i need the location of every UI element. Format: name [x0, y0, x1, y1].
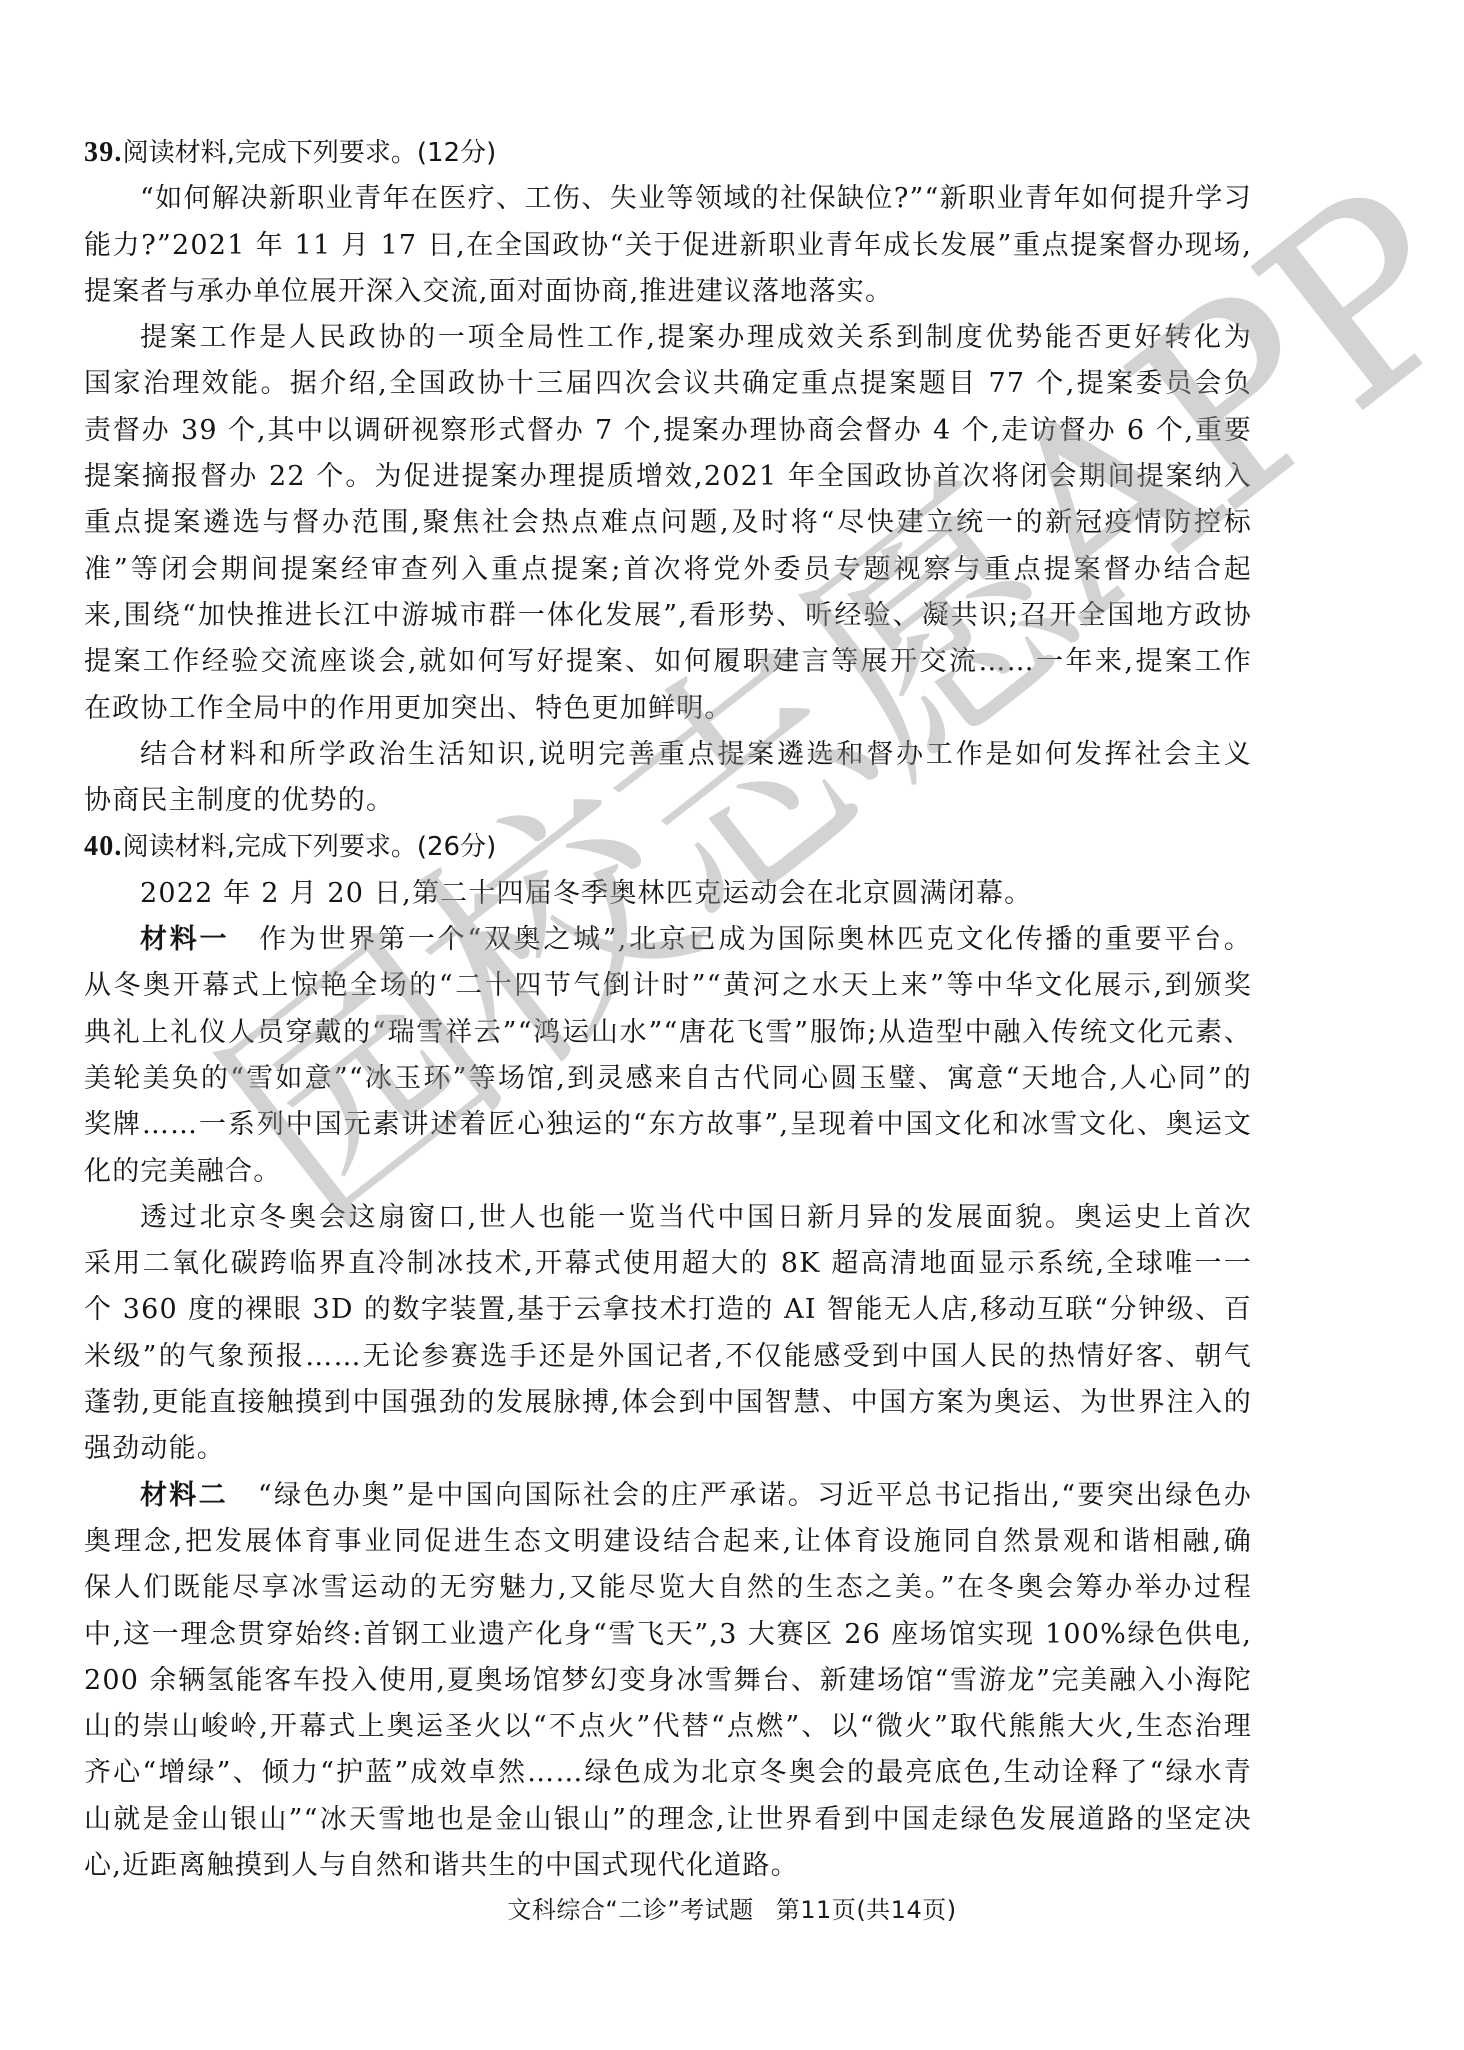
text-line: 重点提案遴选与督办范围,聚焦社会热点难点问题,及时将“尽快建立统一的新冠疫情防控… — [84, 500, 1252, 546]
text-line: 国家治理效能。据介绍,全国政协十三届四次会议共确定重点提案题目 77 个,提案委… — [84, 361, 1252, 407]
text-line: 个 360 度的裸眼 3D 的数字装置,基于云拿技术打造的 AI 智能无人店,移… — [84, 1287, 1252, 1333]
text-span: 作为世界第一个“双奥之城”,北京已成为国际奥林匹克文化传播的重要平台。 — [259, 924, 1252, 955]
page-footer: 文科综合“二诊”考试题第11页(共14页) — [0, 1890, 1464, 1925]
text-line: 来,围绕“加快推进长江中游城市群一体化发展”,看形势、听经验、凝共识;召开全国地… — [84, 593, 1252, 639]
question-number: 40. — [84, 831, 123, 862]
page-content: 39.阅读材料,完成下列要求。(12分) “如何解决新职业青年在医疗、工伤、失业… — [84, 130, 1252, 1889]
material-2: 材料二“绿色办奥”是中国向国际社会的庄严承诺。习近平总书记指出,“要突出绿色办 … — [84, 1473, 1252, 1890]
exam-name: 文科综合“二诊”考试题 — [507, 1896, 753, 1924]
text-line: 奥理念,把发展体育事业同促进生态文明建设结合起来,让体育设施同自然景观和谐相融,… — [84, 1519, 1252, 1565]
text-line: 保人们既能尽享冰雪运动的无穷魅力,又能尽览大自然的生态之美。”在冬奥会筹办举办过… — [84, 1565, 1252, 1611]
text-line: 材料二“绿色办奥”是中国向国际社会的庄严承诺。习近平总书记指出,“要突出绿色办 — [84, 1473, 1252, 1519]
text-line: 齐心“增绿”、倾力“护蓝”成效卓然……绿色成为北京冬奥会的最亮底色,生动诠释了“… — [84, 1750, 1252, 1796]
text-line: 中,这一理念贯穿始终:首钢工业遗产化身“雪飞天”,3 大赛区 26 座场馆实现 … — [84, 1612, 1252, 1658]
text-line: 能力?”2021 年 11 月 17 日,在全国政协“关于促进新职业青年成长发展… — [84, 223, 1252, 269]
text-line: 提案工作经验交流座谈会,就如何写好提案、如何履职建言等展开交流……一年来,提案工… — [84, 639, 1252, 685]
question-39-header: 39.阅读材料,完成下列要求。(12分) — [84, 130, 1252, 176]
question-40-header: 40.阅读材料,完成下列要求。(26分) — [84, 824, 1252, 870]
page-number: 第11页(共14页) — [776, 1896, 957, 1924]
text-line: 奖牌……一系列中国元素讲述着匠心独运的“东方故事”,呈现着中国文化和冰雪文化、奥… — [84, 1102, 1252, 1148]
text-line: 提案工作是人民政协的一项全局性工作,提案办理成效关系到制度优势能否更好转化为 — [84, 315, 1252, 361]
text-line: 山的崇山峻岭,开幕式上奥运圣火以“不点火”代替“点燃”、以“微火”取代熊熊大火,… — [84, 1704, 1252, 1750]
text-line: 化的完美融合。 — [84, 1149, 1252, 1195]
text-line: 强劲动能。 — [84, 1426, 1252, 1472]
q39-prompt: 结合材料和所学政治生活知识,说明完善重点提案遴选和督办工作是如何发挥社会主义 协… — [84, 732, 1252, 825]
text-line: 提案者与承办单位展开深入交流,面对面协商,推进建议落地落实。 — [84, 269, 1252, 315]
text-line: 美轮美奂的“雪如意”“冰玉环”等场馆,到灵感来自古代同心圆玉璧、寓意“天地合,人… — [84, 1056, 1252, 1102]
question-title: 阅读材料,完成下列要求。(26分) — [123, 832, 497, 862]
text-line: 提案摘报督办 22 个。为促进提案办理提质增效,2021 年全国政协首次将闭会期… — [84, 454, 1252, 500]
text-line: 典礼上礼仪人员穿戴的“瑞雪祥云”“鸿运山水”“唐花飞雪”服饰;从造型中融入传统文… — [84, 1010, 1252, 1056]
text-line: 材料一作为世界第一个“双奥之城”,北京已成为国际奥林匹克文化传播的重要平台。 — [84, 917, 1252, 963]
question-title: 阅读材料,完成下列要求。(12分) — [123, 138, 497, 168]
material-label: 材料一 — [140, 924, 229, 955]
question-number: 39. — [84, 137, 123, 168]
q39-paragraph-1: “如何解决新职业青年在医疗、工伤、失业等领域的社保缺位?”“新职业青年如何提升学… — [84, 176, 1252, 315]
text-line: 山就是金山银山”“冰天雪地也是金山银山”的理念,让世界看到中国走绿色发展道路的坚… — [84, 1797, 1252, 1843]
text-line: 结合材料和所学政治生活知识,说明完善重点提案遴选和督办工作是如何发挥社会主义 — [84, 732, 1252, 778]
text-line: 在政协工作全局中的作用更加突出、特色更加鲜明。 — [84, 686, 1252, 732]
material-1: 材料一作为世界第一个“双奥之城”,北京已成为国际奥林匹克文化传播的重要平台。 从… — [84, 917, 1252, 1473]
text-line: 协商民主制度的优势的。 — [84, 778, 1252, 824]
text-line: 透过北京冬奥会这扇窗口,世人也能一览当代中国日新月异的发展面貌。奥运史上首次 — [84, 1195, 1252, 1241]
text-line: 准”等闭会期间提案经审查列入重点提案;首次将党外委员专题视察与重点提案督办结合起 — [84, 547, 1252, 593]
text-line: 蓬勃,更能直接触摸到中国强劲的发展脉搏,体会到中国智慧、中国方案为奥运、为世界注… — [84, 1380, 1252, 1426]
text-line: 200 余辆氢能客车投入使用,夏奥场馆梦幻变身冰雪舞台、新建场馆“雪游龙”完美融… — [84, 1658, 1252, 1704]
text-line: 责督办 39 个,其中以调研视察形式督办 7 个,提案办理协商会督办 4 个,走… — [84, 408, 1252, 454]
text-line: 采用二氧化碳跨临界直冷制冰技术,开幕式使用超大的 8K 超高清地面显示系统,全球… — [84, 1241, 1252, 1287]
text-span: “绿色办奥”是中国向国际社会的庄严承诺。习近平总书记指出,“要突出绿色办 — [258, 1480, 1252, 1511]
exam-page: 39.阅读材料,完成下列要求。(12分) “如何解决新职业青年在医疗、工伤、失业… — [0, 0, 1464, 2050]
q39-paragraph-2: 提案工作是人民政协的一项全局性工作,提案办理成效关系到制度优势能否更好转化为 国… — [84, 315, 1252, 732]
q40-intro: 2022 年 2 月 20 日,第二十四届冬季奥林匹克运动会在北京圆满闭幕。 — [84, 871, 1252, 917]
text-line: 米级”的气象预报……无论参赛选手还是外国记者,不仅能感受到中国人民的热情好客、朝… — [84, 1334, 1252, 1380]
text-line: 心,近距离触摸到人与自然和谐共生的中国式现代化道路。 — [84, 1843, 1252, 1889]
material-label: 材料二 — [140, 1480, 228, 1511]
text-line: 从冬奥开幕式上惊艳全场的“二十四节气倒计时”“黄河之水天上来”等中华文化展示,到… — [84, 963, 1252, 1009]
text-line: “如何解决新职业青年在医疗、工伤、失业等领域的社保缺位?”“新职业青年如何提升学… — [84, 176, 1252, 222]
